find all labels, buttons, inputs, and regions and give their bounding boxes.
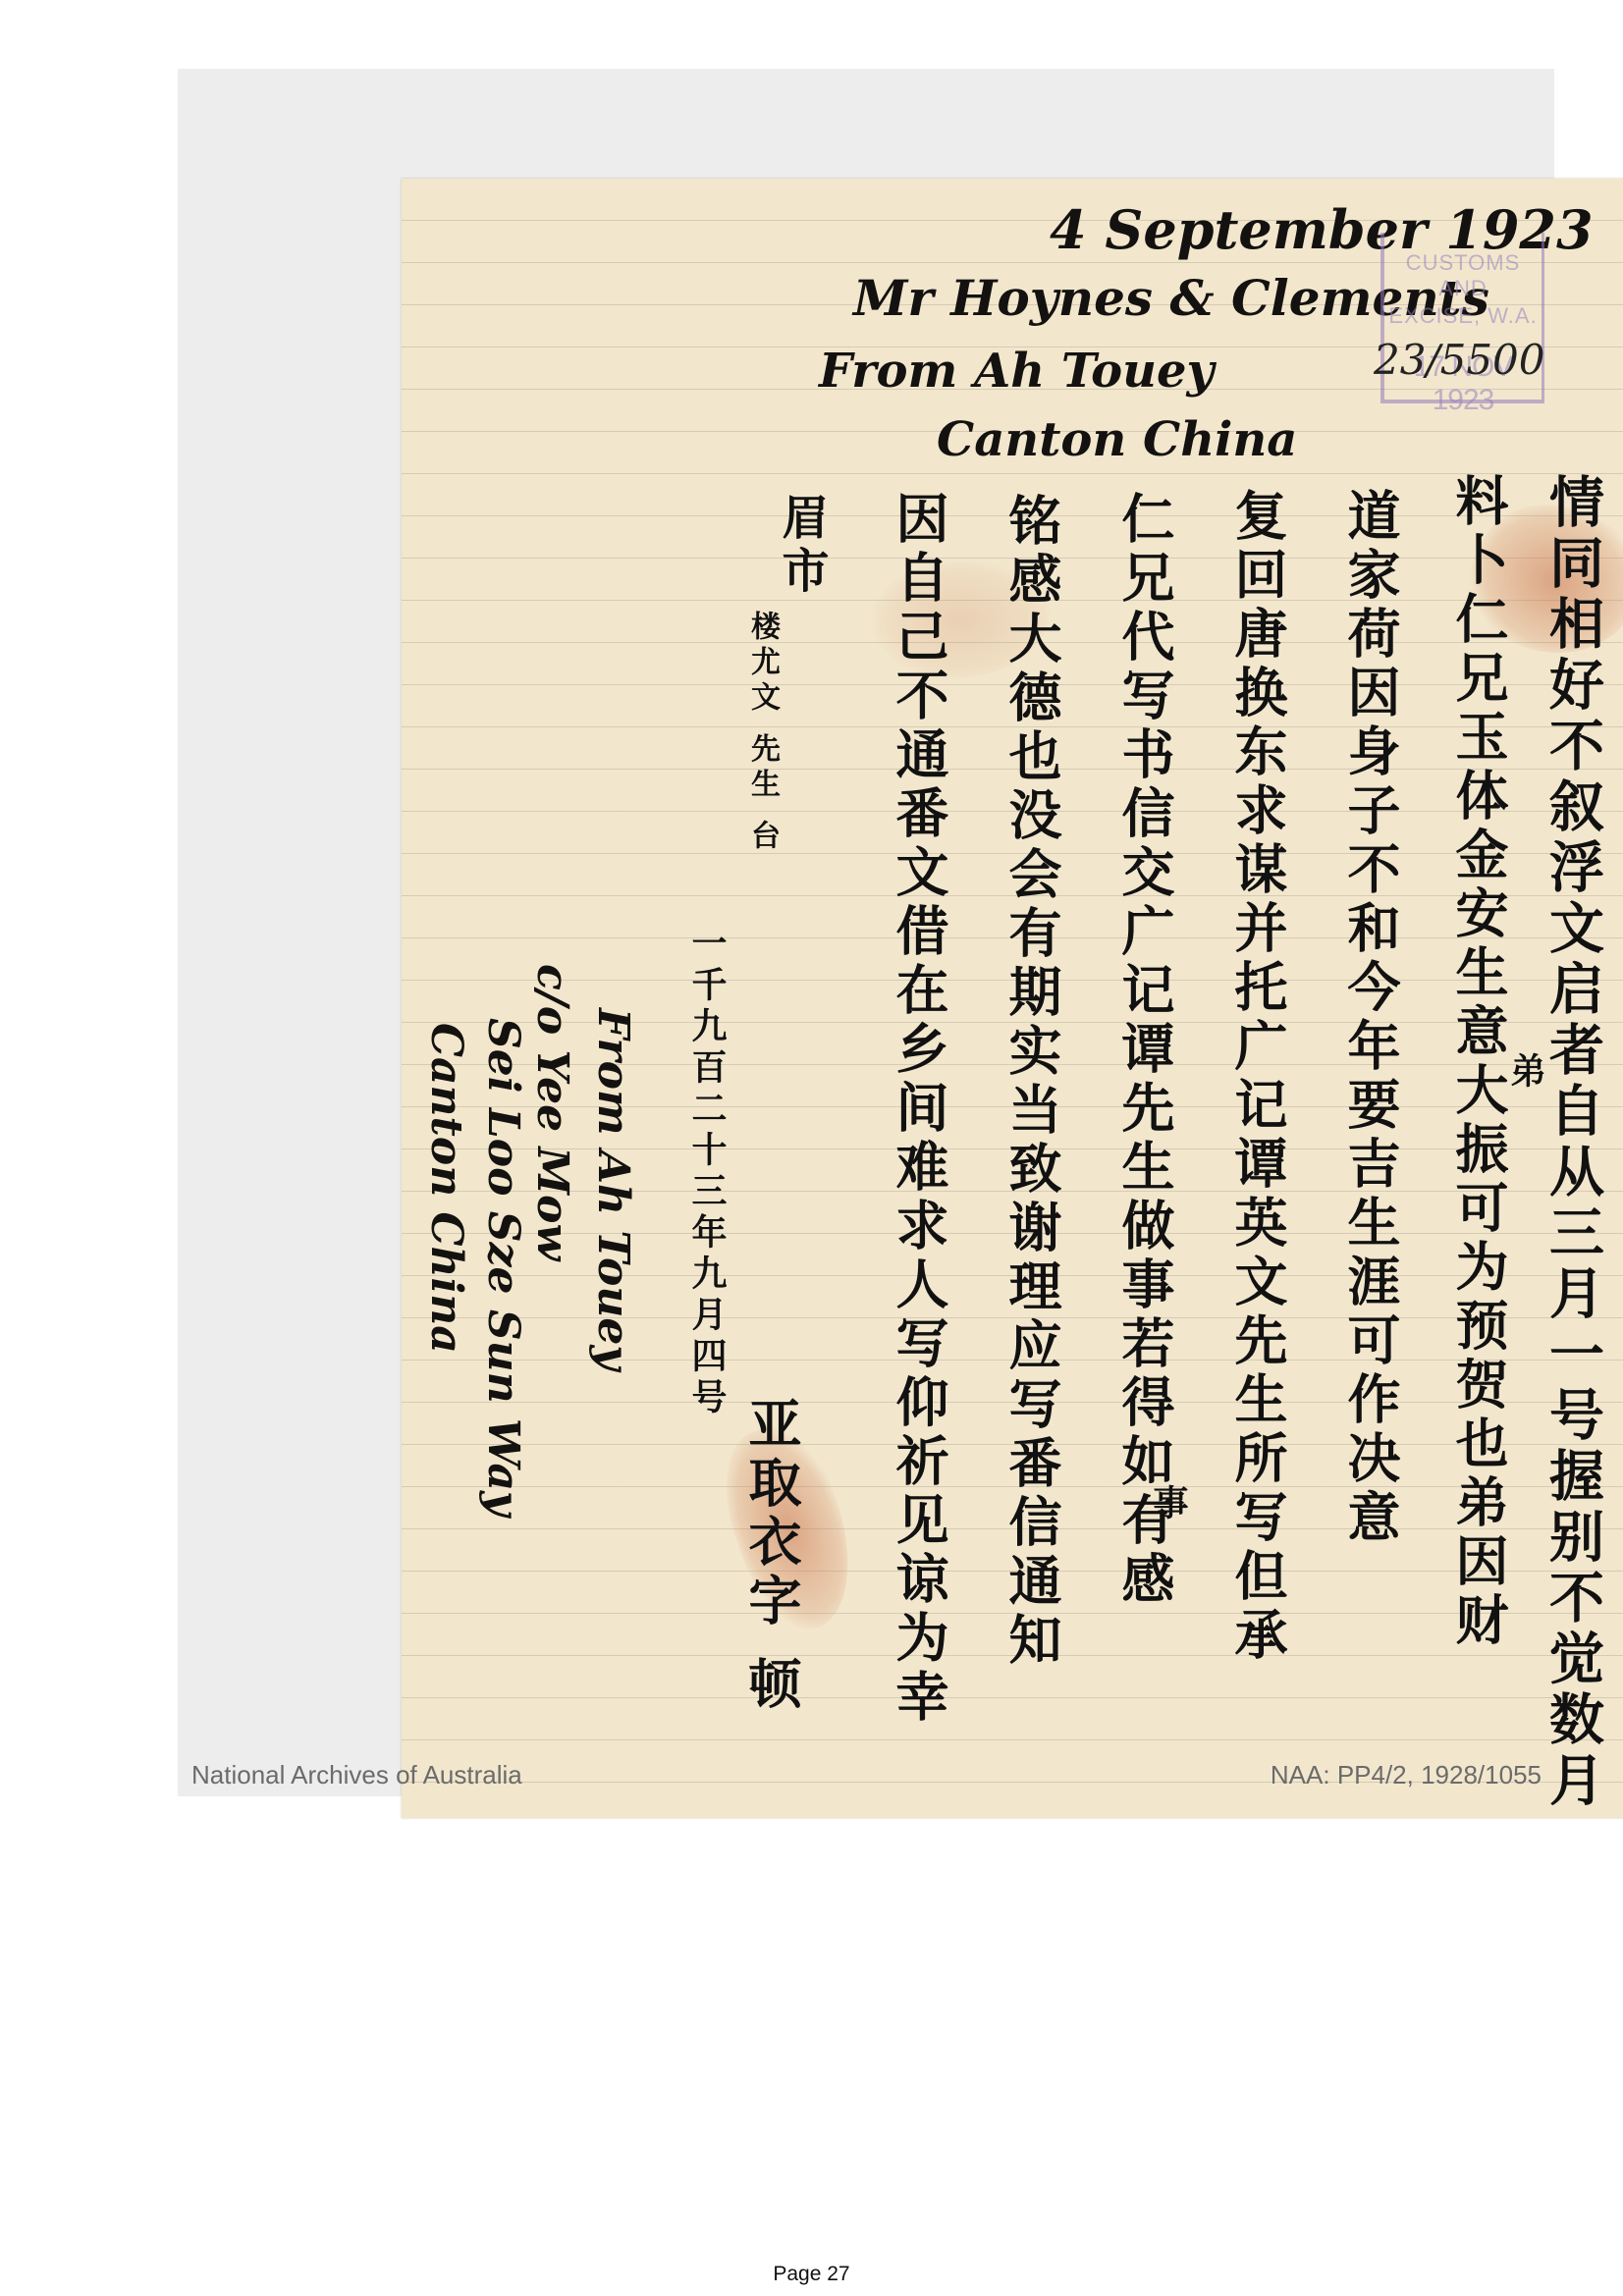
chinese-signature: 亚取衣字 顿 — [745, 1396, 798, 1715]
chinese-text-column: 道家荷因身子不和今年要吉生涯可作决意 — [1344, 488, 1397, 1548]
english-address-line-1: c/o Yee Mow — [527, 964, 577, 1260]
chinese-text-column: 情同相好不叙浮文启者自从三月一号握别不觉数月 — [1545, 473, 1600, 1812]
stamp-line-1: CUSTOMS AND — [1384, 250, 1542, 301]
archive-reference: NAA: PP4/2, 1928/1055 — [1271, 1760, 1542, 1790]
stamp-line-2: EXCISE, W.A. — [1384, 303, 1542, 329]
recipient-name-line: 楼尤文 先生 台 — [747, 611, 777, 855]
chinese-text-column: 复回唐换东求谋并托广记谭英文先生所写但承 — [1231, 488, 1284, 1666]
english-sender-vertical: From Ah Touey — [588, 1008, 638, 1370]
letter-place: Canton China — [937, 412, 1297, 467]
letter-sender: From Ah Touey — [819, 344, 1214, 399]
marginal-note: 事 — [1144, 1484, 1194, 1520]
archive-name: National Archives of Australia — [191, 1760, 522, 1790]
chinese-date-line: 一千九百二十三年九月四号 — [689, 925, 725, 1419]
english-address-line-2: Sei Loo Sze Sun Way — [478, 1018, 528, 1517]
reference-number: 23/5500 — [1374, 336, 1544, 384]
marginal-note: 弟 — [1501, 1052, 1551, 1088]
page-number: Page 27 — [0, 2263, 1623, 2286]
recipient-line: 眉市 — [778, 493, 825, 599]
chinese-text-column: 铭感大德也没会有期实当致谢理应写番信通知 — [1005, 493, 1058, 1671]
chinese-text-column: 仁兄代写书信交广记谭先生做事若得如有感 — [1118, 491, 1171, 1610]
english-address-line-3: Canton China — [421, 1023, 471, 1354]
scanned-document-frame: 4 September 1923 Mr Hoynes & Clements Fr… — [178, 69, 1554, 1796]
chinese-text-column: 因自己不通番文借在乡间难求人写仰祈见谅为幸 — [893, 491, 946, 1728]
chinese-text-column: 料卜仁兄玉体金安生意大振可为预贺也弟因财 — [1452, 473, 1505, 1651]
letter-paper: 4 September 1923 Mr Hoynes & Clements Fr… — [402, 179, 1623, 1818]
